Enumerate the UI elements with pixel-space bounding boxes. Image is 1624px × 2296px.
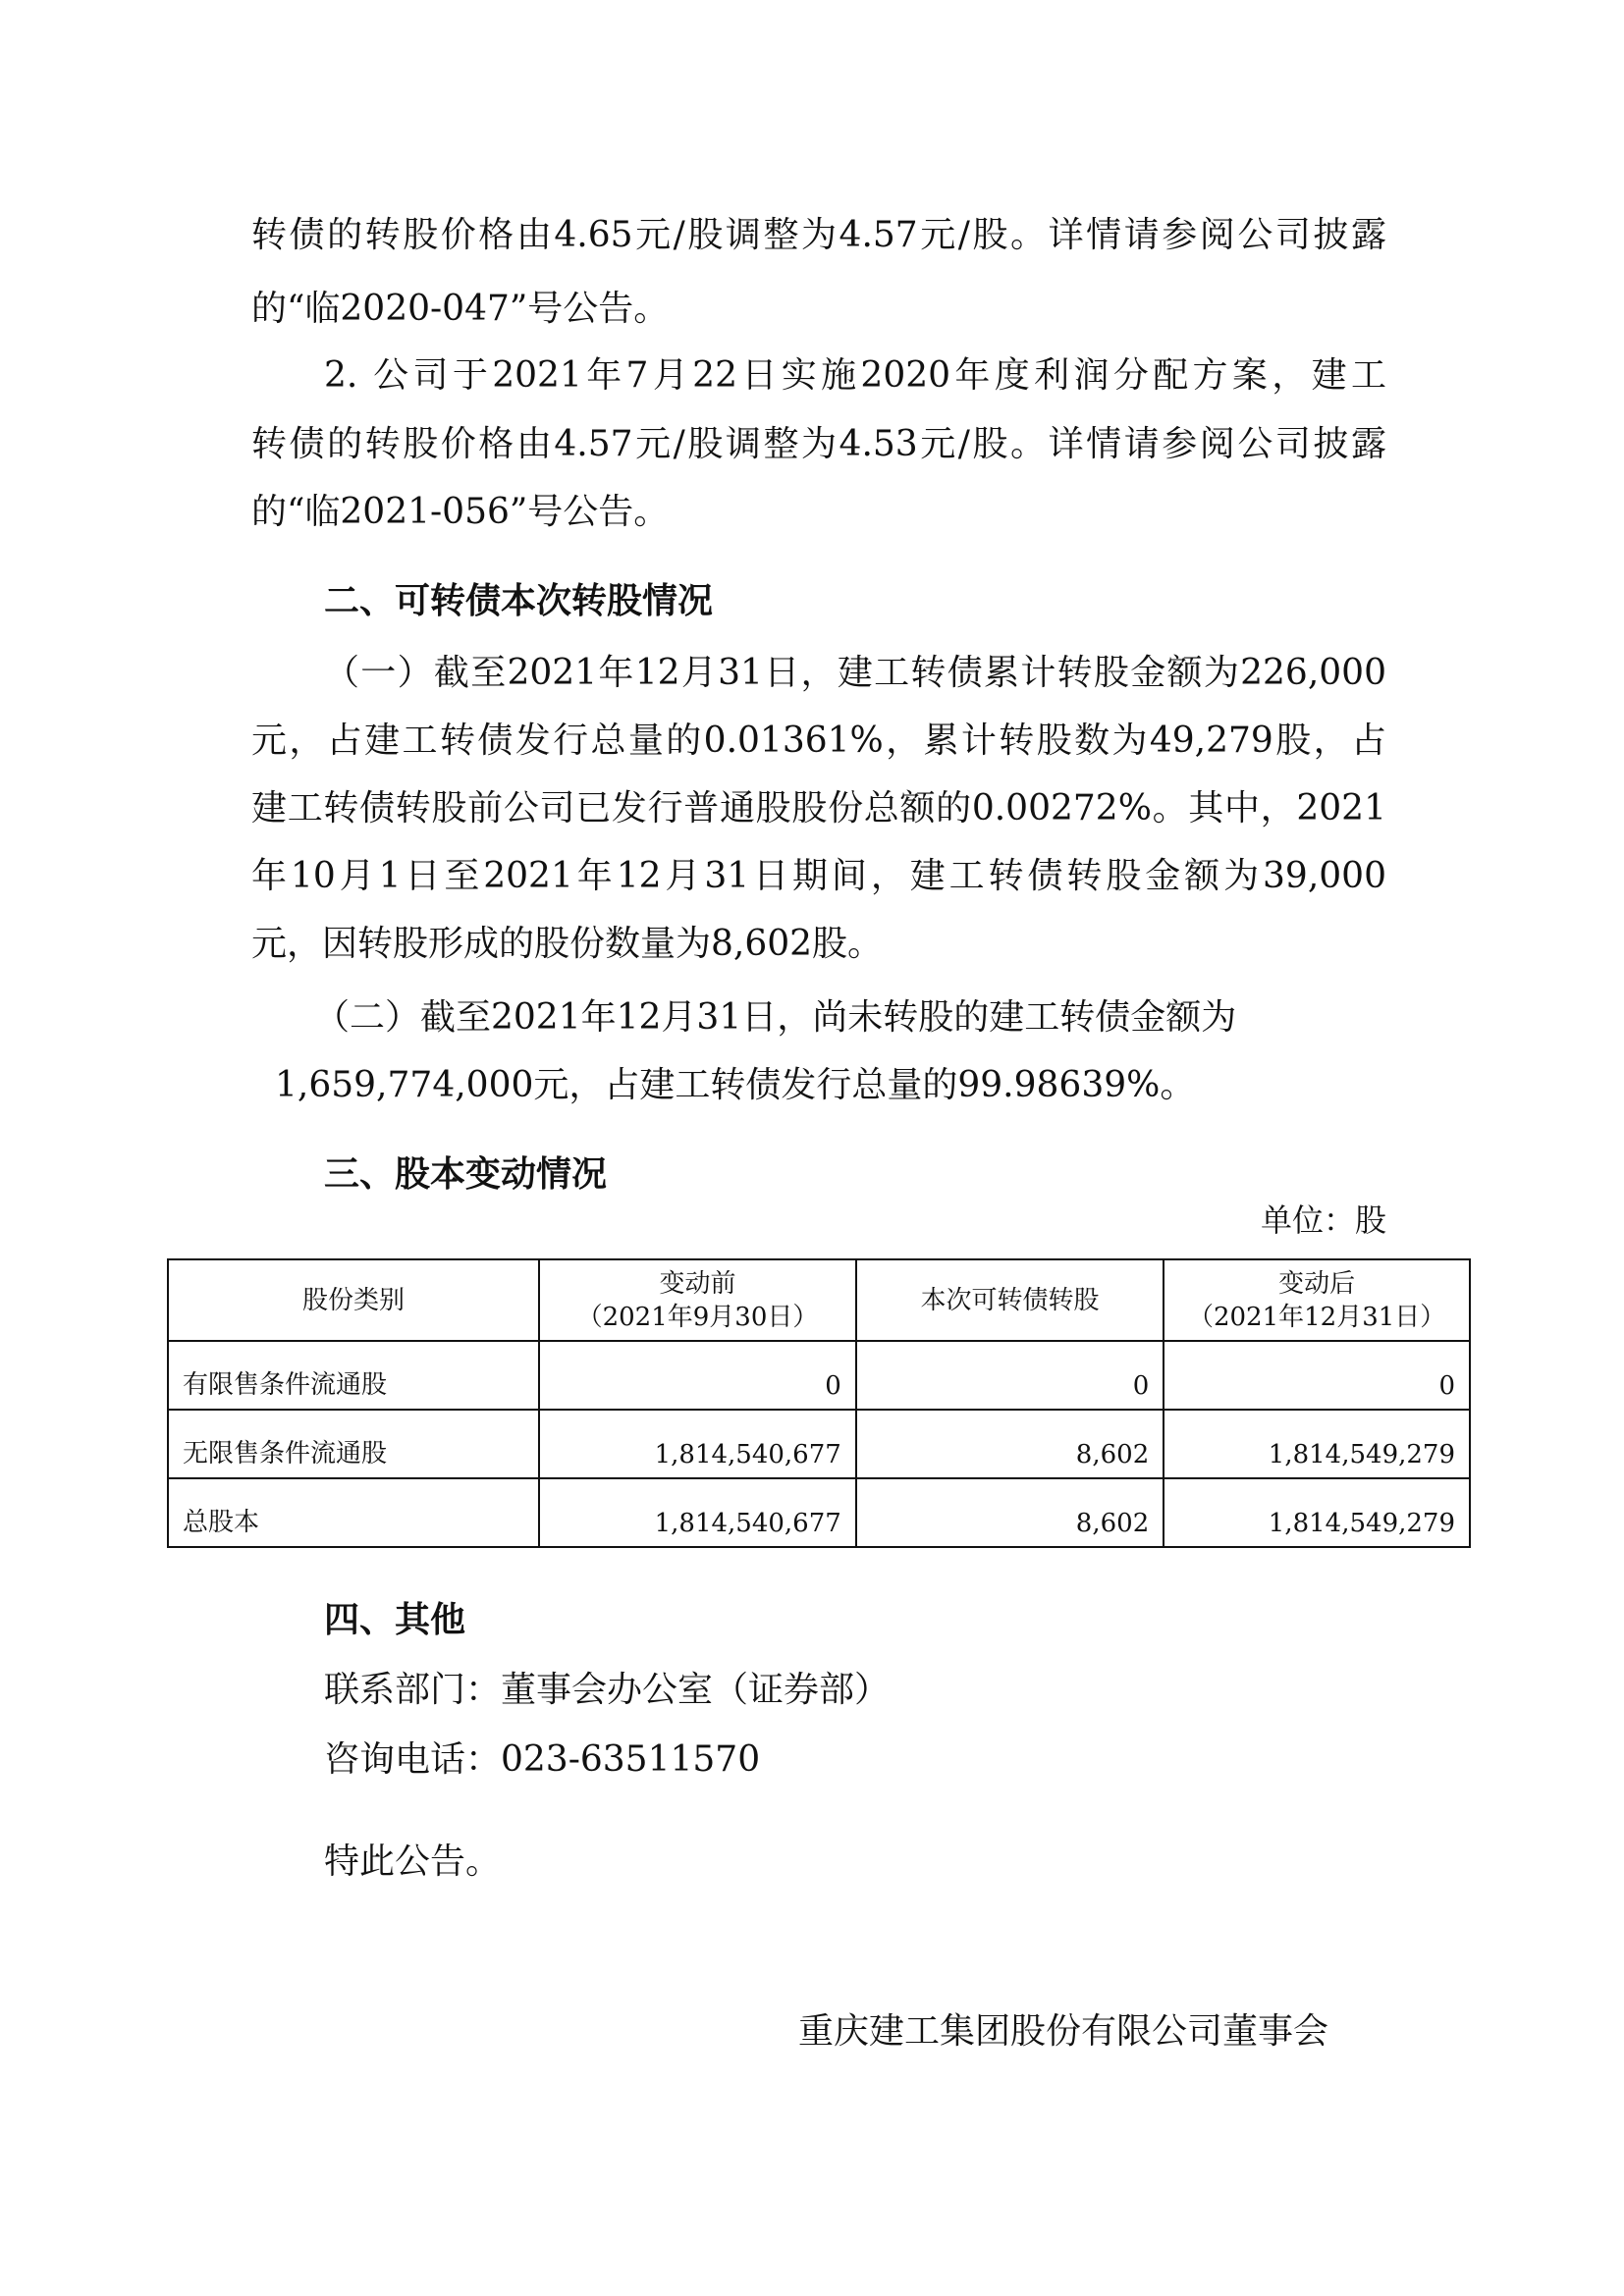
unit-label: 单位：股 [1261,1198,1386,1243]
section-heading-3: 三、股本变动情况 [324,1151,1459,1197]
paragraph-line: 元，因转股形成的股份数量为8,602股。 [251,922,1386,967]
signature: 重庆建工集团股份有限公司董事会 [798,2009,1328,2055]
paragraph-line: 年10月1日至2021年12月31日期间，建工转债转股金额为39,000 [251,854,1386,899]
table-row: 有限售条件流通股 0 0 0 [168,1341,1470,1410]
paragraph-line: 建工转债转股前公司已发行普通股股份总额的0.00272%。其中，2021 [251,786,1386,831]
section-heading-2: 二、可转债本次转股情况 [324,578,1459,623]
paragraph-line: 元，占建工转债发行总量的0.01361%，累计转股数为49,279股，占 [251,719,1386,764]
paragraph-line: （一）截至2021年12月31日，建工转债累计转股金额为226,000 [324,651,1386,696]
header-before: 变动前（2021年9月30日） [539,1259,856,1341]
section-heading-4: 四、其他 [324,1597,1459,1642]
contact-dept: 联系部门：董事会办公室（证券部） [324,1668,1459,1713]
share-change-table: 股份类别 变动前（2021年9月30日） 本次可转债转股 变动后（2021年12… [167,1258,1471,1548]
contact-phone: 咨询电话：023-63511570 [324,1737,1459,1783]
closing-text: 特此公告。 [324,1840,1459,1885]
paragraph-line: 转债的转股价格由4.65元/股调整为4.57元/股。详情请参阅公司披露 [251,213,1386,258]
table-header-row: 股份类别 变动前（2021年9月30日） 本次可转债转股 变动后（2021年12… [168,1259,1470,1341]
header-change: 本次可转债转股 [856,1259,1164,1341]
paragraph-line: （二）截至2021年12月31日，尚未转股的建工转债金额为 [314,995,1377,1041]
paragraph-line: 1,659,774,000元，占建工转债发行总量的99.98639%。 [275,1063,1410,1108]
paragraph-line: 2. 公司于2021年7月22日实施2020年度利润分配方案，建工 [324,353,1386,399]
table-row: 无限售条件流通股 1,814,540,677 8,602 1,814,549,2… [168,1410,1470,1478]
header-after: 变动后（2021年12月31日） [1164,1259,1470,1341]
paragraph-line: 转债的转股价格由4.57元/股调整为4.53元/股。详情请参阅公司披露 [251,422,1386,467]
header-category: 股份类别 [168,1259,539,1341]
paragraph-line: 的“临2021-056”号公告。 [251,490,1386,535]
table-row: 总股本 1,814,540,677 8,602 1,814,549,279 [168,1478,1470,1547]
paragraph-line: 的“临2020-047”号公告。 [251,287,1386,332]
